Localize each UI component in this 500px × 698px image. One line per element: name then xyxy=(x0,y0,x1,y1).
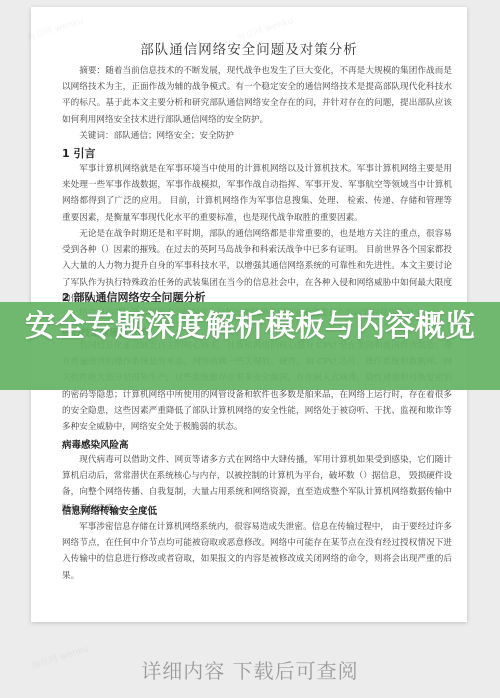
document-title: 部队通信网络安全问题及对策分析 xyxy=(31,38,467,58)
section-1-heading: 1 引言 xyxy=(62,145,95,161)
subsection-transmission-paragraph: 军事涉密信息存储在计算机网络系统内，很容易造成失泄密。信息在传输过程中， 由于要… xyxy=(62,519,452,584)
abstract-paragraph: 摘要：随着当前信息技术的不断发展，现代战争也发生了巨大变化，不再是大规模的集团作… xyxy=(62,63,452,128)
subsection-virus-heading: 病毒感染风险高 xyxy=(62,437,129,451)
section-1-paragraph-1: 军事计算机网络就是在军事环境当中使用的计算机网络以及计算机技术。军事计算机网络主… xyxy=(62,161,452,226)
download-to-view-prompt[interactable]: 详细内容 下载后可查阅 xyxy=(0,655,500,684)
keywords-line: 关键词：部队通信；网络安全；安全防护 xyxy=(62,128,452,144)
banner-title: 安全专题深度解析模板与内容概览 xyxy=(0,307,500,347)
subsection-transmission-heading: 信息网络传输安全度低 xyxy=(62,503,157,517)
